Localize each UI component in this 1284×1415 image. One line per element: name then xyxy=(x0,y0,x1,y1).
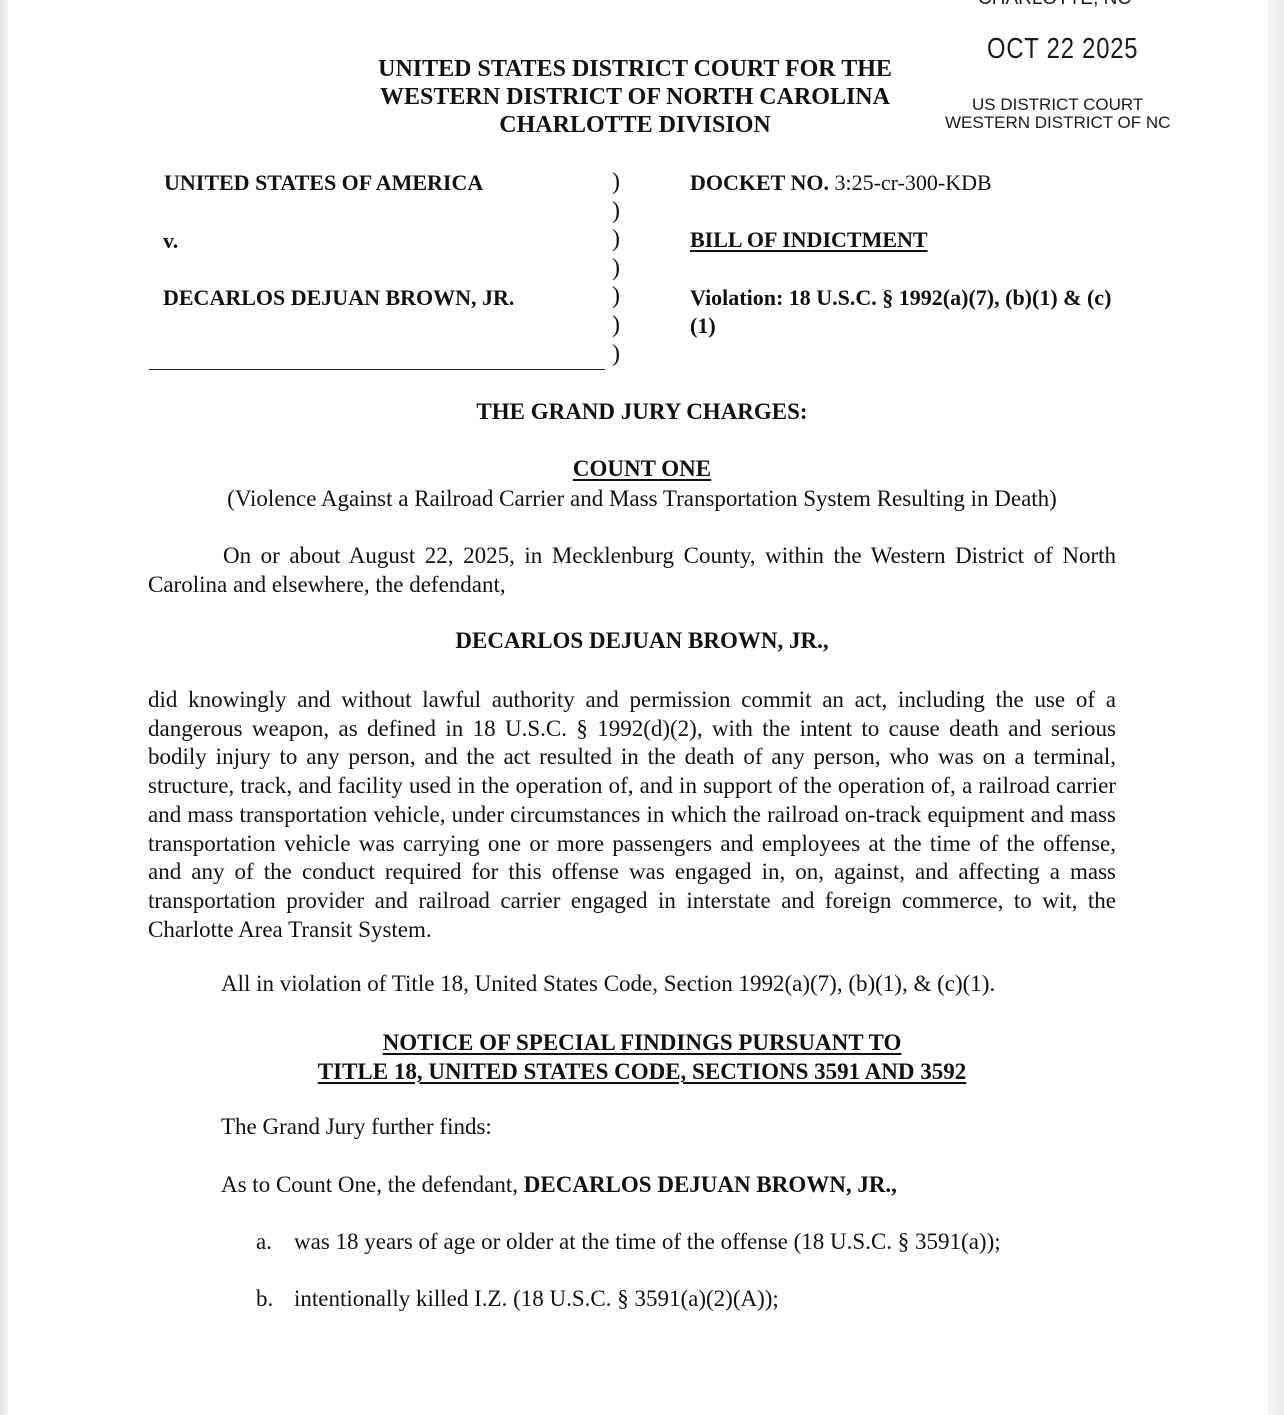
finding-label: a. xyxy=(256,1229,294,1255)
finding-label: b. xyxy=(256,1286,294,1312)
document-page: CHARLOTTE, NC OCT 22 2025 US DISTRICT CO… xyxy=(0,0,1284,1415)
count-description: (Violence Against a Railroad Carrier and… xyxy=(0,486,1284,512)
as-to-defendant: DECARLOS DEJUAN BROWN, JR., xyxy=(524,1172,897,1197)
defendant-name-heading: DECARLOS DEJUAN BROWN, JR., xyxy=(0,628,1284,654)
document-type: BILL OF INDICTMENT xyxy=(690,227,928,253)
caption-paren: ) xyxy=(612,197,620,226)
count-title: COUNT ONE xyxy=(0,456,1284,482)
caption-plaintiff: UNITED STATES OF AMERICA xyxy=(164,170,483,196)
stamp-district: WESTERN DISTRICT OF NC xyxy=(945,113,1170,133)
caption-paren: ) xyxy=(612,254,620,283)
stamp-date: OCT 22 2025 xyxy=(987,33,1138,66)
stamp-location: CHARLOTTE, NC xyxy=(978,0,1131,10)
caption-paren: ) xyxy=(612,168,620,197)
notice-heading: NOTICE OF SPECIAL FINDINGS PURSUANT TO T… xyxy=(0,1028,1284,1086)
as-to-prefix: As to Count One, the defendant, xyxy=(221,1172,524,1197)
docket-value: 3:25-cr-300-KDB xyxy=(834,170,991,195)
caption-versus: v. xyxy=(163,228,178,254)
grand-jury-charges-heading: THE GRAND JURY CHARGES: xyxy=(0,399,1284,425)
caption-paren: ) xyxy=(612,282,620,311)
court-header-line3: CHARLOTTE DIVISION xyxy=(300,111,970,139)
paragraph-charge: did knowingly and without lawful authori… xyxy=(148,686,1116,944)
finding-item: b.intentionally killed I.Z. (18 U.S.C. §… xyxy=(256,1286,779,1312)
caption-defendant: DECARLOS DEJUAN BROWN, JR. xyxy=(163,285,514,311)
caption-parentheses: ))))))) xyxy=(612,168,620,368)
notice-line2: TITLE 18, UNITED STATES CODE, SECTIONS 3… xyxy=(318,1057,966,1086)
court-header-line1: UNITED STATES DISTRICT COURT FOR THE xyxy=(300,55,970,83)
docket-number: DOCKET NO. 3:25-cr-300-KDB xyxy=(690,170,992,196)
finding-item: a.was 18 years of age or older at the ti… xyxy=(256,1229,1001,1255)
caption-paren: ) xyxy=(612,225,620,254)
court-header: UNITED STATES DISTRICT COURT FOR THE WES… xyxy=(300,55,970,139)
caption-rule xyxy=(149,369,605,370)
finding-text: intentionally killed I.Z. (18 U.S.C. § 3… xyxy=(294,1286,779,1311)
caption-paren: ) xyxy=(612,340,620,369)
notice-line1: NOTICE OF SPECIAL FINDINGS PURSUANT TO xyxy=(383,1028,902,1057)
count-title-text: COUNT ONE xyxy=(573,456,711,481)
violation-citation: Violation: 18 U.S.C. § 1992(a)(7), (b)(1… xyxy=(690,284,1130,340)
paragraph-violation: All in violation of Title 18, United Sta… xyxy=(221,970,1121,999)
court-header-line2: WESTERN DISTRICT OF NORTH CAROLINA xyxy=(300,83,970,111)
paragraph-intro: On or about August 22, 2025, in Mecklenb… xyxy=(148,542,1116,599)
caption-paren: ) xyxy=(612,311,620,340)
docket-label: DOCKET NO. xyxy=(690,170,829,195)
as-to-count: As to Count One, the defendant, DECARLOS… xyxy=(221,1172,897,1198)
further-finds: The Grand Jury further finds: xyxy=(221,1114,492,1140)
finding-text: was 18 years of age or older at the time… xyxy=(294,1229,1001,1254)
stamp-court: US DISTRICT COURT xyxy=(972,95,1143,115)
